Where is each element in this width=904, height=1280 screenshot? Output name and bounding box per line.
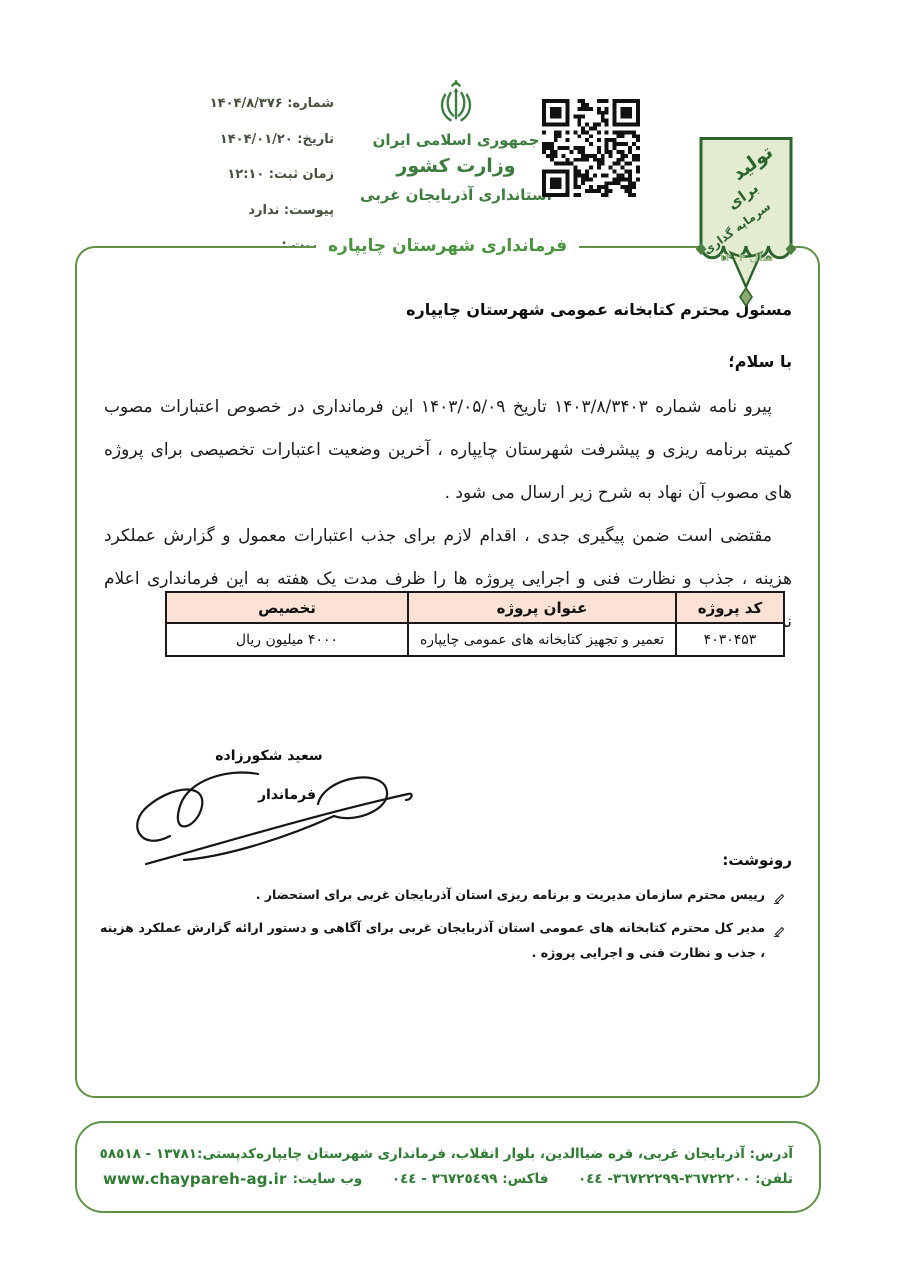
letter-page: { "meta": { "lines": [ "شماره: ۱۴۰۴/۸/۳۷…	[0, 0, 904, 1280]
county-office-band: فرمانداری شهرستان چایپاره	[316, 233, 579, 259]
meta-registration-time: زمان ثبت: ۱۲:۱۰	[84, 157, 334, 193]
org-header: جمهوری اسلامی ایران وزارت کشور استانداری…	[356, 80, 556, 204]
footer-website: وب سایت: www.chaypareh-ag.ir	[103, 1170, 362, 1188]
signer-name: سعید شکورزاده	[194, 748, 344, 764]
cell-project-title: تعمیر و تجهیز کتابخانه های عمومی چایپاره	[408, 623, 676, 656]
cc-list: رییس محترم سازمان مدیریت و برنامه ریزی ا…	[100, 882, 786, 968]
meta-attachment: پیوست: ندارد	[84, 193, 334, 229]
cell-project-code: ۴۰۳۰۴۵۳	[676, 623, 784, 656]
projects-table: کد پروژه عنوان پروژه تخصیص ۴۰۳۰۴۵۳ تعمیر…	[165, 591, 785, 657]
footer-line-2: تلفن: ٣٦٧٢٢٢٠٠-٣٦٧٢٢٢٩٩- ٠٤٤ فاکس: ٣٦٧٢٥…	[103, 1170, 793, 1188]
signer-title: فرماندار	[237, 787, 337, 803]
footer-postal-code: کدپستی:١٣٧٨١ - ٥٨٥١٨	[100, 1146, 256, 1162]
footer-fax: فاکس: ٣٦٧٢٥٤٩٩ - ٠٤٤	[392, 1171, 549, 1187]
letterhead-footer: آدرس: آذربایجان غربی، قره ضیاالدین، بلوا…	[75, 1121, 821, 1213]
footer-website-label: وب سایت:	[293, 1171, 363, 1187]
paragraph-1: پیرو نامه شماره ۱۴۰۳/۸/۳۴۰۳ تاریخ ۱۴۰۳/۰…	[104, 386, 792, 515]
salutation: با سلام؛	[728, 352, 792, 371]
header-province-office: استانداری آذربایجان غربی	[356, 186, 556, 204]
footer-phone: تلفن: ٣٦٧٢٢٢٠٠-٣٦٧٢٢٢٩٩- ٠٤٤	[578, 1171, 793, 1187]
footer-website-url: www.chaypareh-ag.ir	[103, 1170, 287, 1188]
qr-code	[542, 96, 640, 200]
cc-item: مدیر کل محترم کتابخانه های عمومی استان آ…	[100, 915, 786, 965]
pen-icon	[773, 920, 786, 945]
cc-item: رییس محترم سازمان مدیریت و برنامه ریزی ا…	[100, 882, 786, 912]
header-project-code: کد پروژه	[676, 592, 784, 623]
cc-item-text: مدیر کل محترم کتابخانه های عمومی استان آ…	[100, 915, 765, 965]
letter-body-frame	[75, 246, 820, 1098]
iran-national-emblem-icon	[356, 80, 556, 128]
cc-item-text: رییس محترم سازمان مدیریت و برنامه ریزی ا…	[100, 882, 765, 907]
cell-allocation: ۴۰۰۰ میلیون ریال	[166, 623, 408, 656]
pen-icon	[773, 887, 786, 912]
meta-number: شماره: ۱۴۰۴/۸/۳۷۶	[84, 86, 334, 122]
header-country: جمهوری اسلامی ایران	[356, 131, 556, 149]
footer-address: آدرس: آذربایجان غربی، قره ضیاالدین، بلوا…	[256, 1146, 793, 1162]
table-row: ۴۰۳۰۴۵۳ تعمیر و تجهیز کتابخانه های عمومی…	[166, 623, 784, 656]
table-header-row: کد پروژه عنوان پروژه تخصیص	[166, 592, 784, 623]
header-ministry: وزارت کشور	[356, 155, 556, 177]
banner-year: سال ۱۴۰۴	[696, 251, 796, 264]
meta-date: تاریخ: ۱۴۰۴/۰۱/۲۰	[84, 122, 334, 158]
footer-line-1: آدرس: آذربایجان غربی، قره ضیاالدین، بلوا…	[103, 1146, 793, 1162]
cc-heading: رونوشت:	[722, 851, 792, 869]
header-allocation: تخصیص	[166, 592, 408, 623]
letter-meta: شماره: ۱۴۰۴/۸/۳۷۶ تاریخ: ۱۴۰۴/۰۱/۲۰ زمان…	[84, 86, 334, 264]
year-slogan-banner: تولید برای سرمایه گذاری سال ۱۴۰۴	[696, 137, 796, 319]
header-project-title: عنوان پروژه	[408, 592, 676, 623]
